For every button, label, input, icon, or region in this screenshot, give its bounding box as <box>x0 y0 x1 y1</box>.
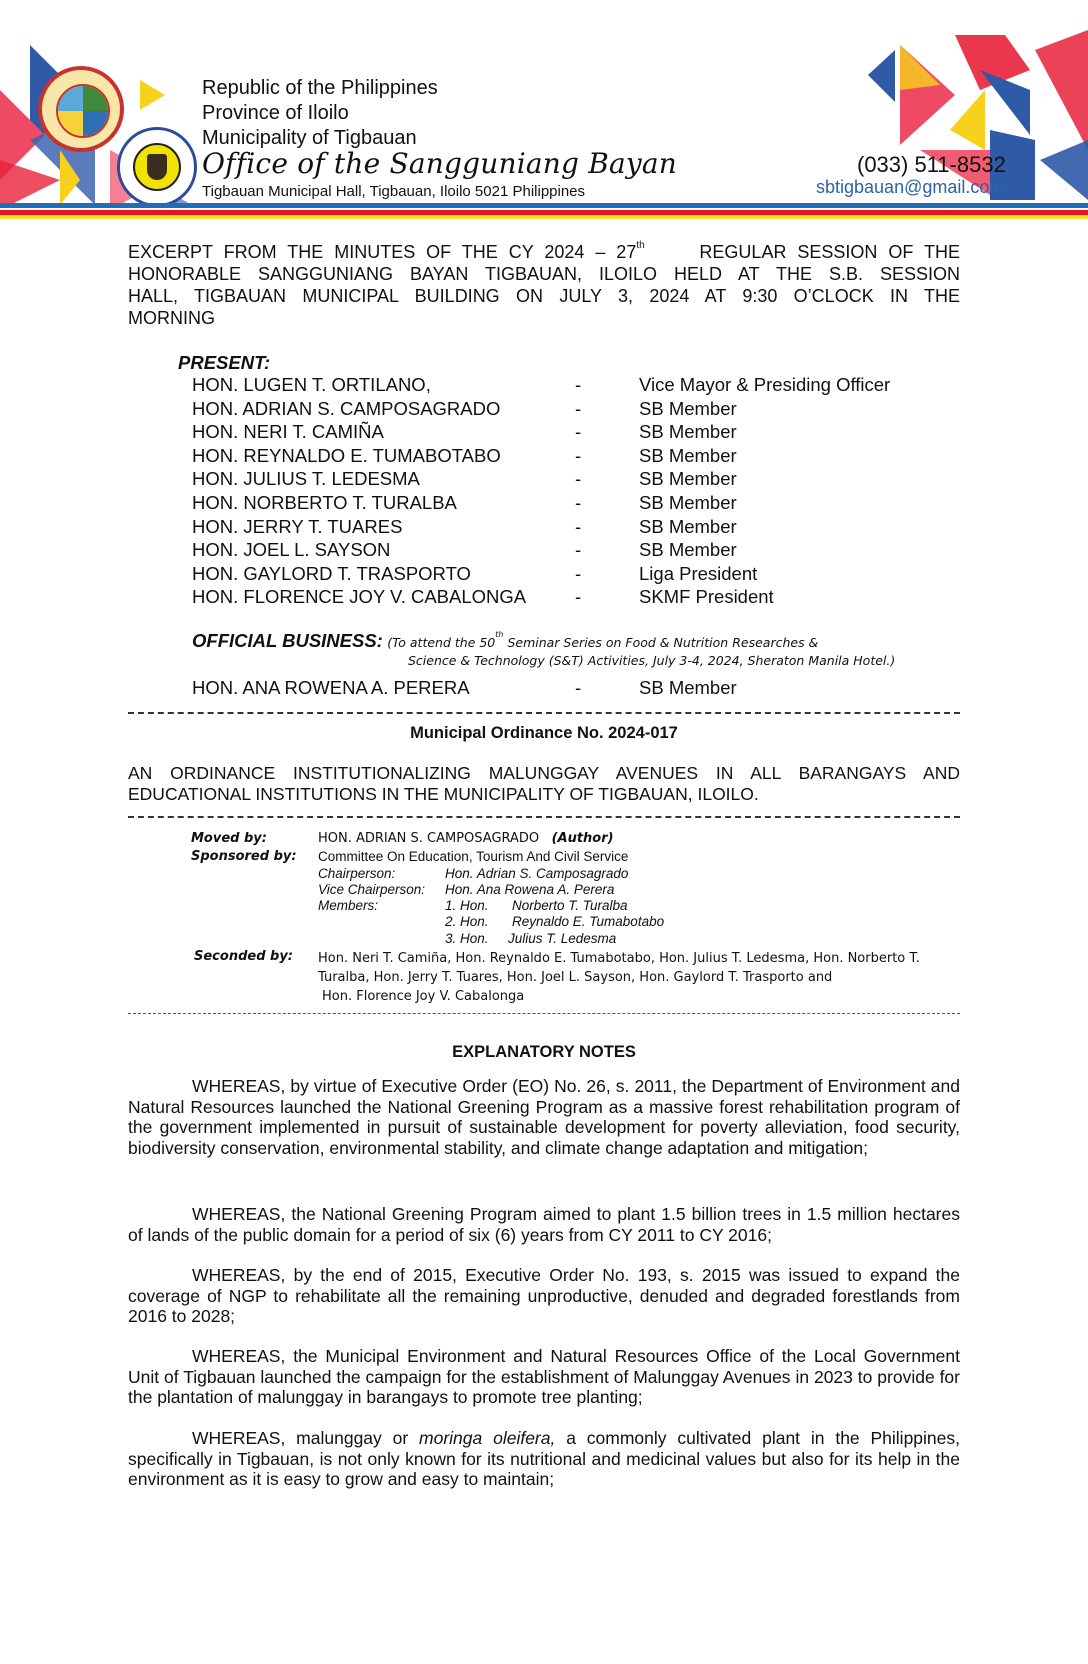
roster-row: HON. ANA ROWENA A. PERERA - SB Member <box>192 676 912 700</box>
official-business-note-line2: Science & Technology (S&T) Activities, J… <box>408 653 895 668</box>
roster-row: HON. NORBERTO T. TURALBA-SB Member <box>192 491 912 515</box>
whereas-paragraph-2: WHEREAS, the National Greening Program a… <box>128 1204 960 1245</box>
roster-name: HON. ADRIAN S. CAMPOSAGRADO <box>192 397 500 421</box>
roster-row: HON. LUGEN T. ORTILANO,-Vice Mayor & Pre… <box>192 373 912 397</box>
roster-dash: - <box>575 373 581 397</box>
sangguniang-bayan-seal-icon <box>117 127 197 207</box>
roster-dash: - <box>575 515 581 539</box>
roster-role: SKMF President <box>639 585 774 609</box>
member-name: Reynaldo E. Tumabotabo <box>512 914 664 931</box>
roster-row: HON. JULIUS T. LEDESMA-SB Member <box>192 467 912 491</box>
roster-row: HON. REYNALDO E. TUMABOTABO-SB Member <box>192 444 912 468</box>
seconded-by-label: Seconded by: <box>194 949 293 966</box>
roster-name: HON. GAYLORD T. TRASPORTO <box>192 562 471 586</box>
email-link[interactable]: sbtigbauan@gmail.com <box>816 177 1004 198</box>
roster-role: SB Member <box>639 420 737 444</box>
whereas-paragraph-4: WHEREAS, the Municipal Environment and N… <box>128 1346 960 1408</box>
chairperson-label: Chairperson: <box>318 866 395 883</box>
present-heading: PRESENT: <box>178 352 270 374</box>
moved-by-value: HON. ADRIAN S. CAMPOSAGRADO (Author) <box>318 831 614 848</box>
yellow-stripe <box>0 215 1088 219</box>
roster-name: HON. JERRY T. TUARES <box>192 515 402 539</box>
chairperson-name: Hon. Adrian S. Camposagrado <box>445 866 628 883</box>
divider <box>128 816 960 818</box>
roster-row: HON. NERI T. CAMIÑA-SB Member <box>192 420 912 444</box>
roster-row: HON. GAYLORD T. TRASPORTO-Liga President <box>192 562 912 586</box>
roster-dash: - <box>575 444 581 468</box>
phone-number: (033) 511-8532 <box>857 152 1006 178</box>
roster-role: Liga President <box>639 562 757 586</box>
roster-name: HON. FLORENCE JOY V. CABALONGA <box>192 585 526 609</box>
roster-dash: - <box>575 585 581 609</box>
municipal-seal-icon <box>38 66 124 152</box>
roster-row: HON. ADRIAN S. CAMPOSAGRADO-SB Member <box>192 397 912 421</box>
roster-dash: - <box>575 562 581 586</box>
republic-line: Republic of the Philippines <box>202 76 438 101</box>
whereas-paragraph-3: WHEREAS, by the end of 2015, Executive O… <box>128 1265 960 1327</box>
members-label: Members: <box>318 898 378 915</box>
roster-role: SB Member <box>639 538 737 562</box>
province-line: Province of Iloilo <box>202 101 438 126</box>
sponsored-by-label: Sponsored by: <box>191 849 297 866</box>
roster-row: HON. FLORENCE JOY V. CABALONGA-SKMF Pres… <box>192 585 912 609</box>
office-address: Tigbauan Municipal Hall, Tigbauan, Iloil… <box>202 183 585 200</box>
sponsoring-committee: Committee On Education, Tourism And Civi… <box>318 849 628 866</box>
vice-chairperson-label: Vice Chairperson: <box>318 882 425 899</box>
roster-role: SB Member <box>639 515 737 539</box>
roster-role: SB Member <box>639 397 737 421</box>
roster-role: SB Member <box>639 467 737 491</box>
ordinance-number: Municipal Ordinance No. 2024-017 <box>128 724 960 743</box>
member-num: 2. Hon. <box>445 914 489 931</box>
official-business-note: (To attend the 50th Seminar Series on Fo… <box>387 635 818 650</box>
moved-by-label: Moved by: <box>191 831 267 848</box>
whereas-paragraph-5: WHEREAS, malunggay or moringa oleifera, … <box>128 1428 960 1490</box>
roster-name: HON. NERI T. CAMIÑA <box>192 420 384 444</box>
excerpt-heading: EXCERPT FROM THE MINUTES OF THE CY 2024 … <box>128 241 960 329</box>
roster-dash: - <box>575 397 581 421</box>
roster-name: HON. JULIUS T. LEDESMA <box>192 467 420 491</box>
office-title: Office of the Sangguniang Bayan <box>202 148 677 180</box>
divider <box>128 712 960 714</box>
letterhead: Republic of the Philippines Province of … <box>0 0 1088 225</box>
roster-name: HON. LUGEN T. ORTILANO, <box>192 373 431 397</box>
roster-row: HON. JERRY T. TUARES-SB Member <box>192 515 912 539</box>
member-num: 1. Hon. <box>445 898 489 915</box>
roster-dash: - <box>575 420 581 444</box>
member-name: Julius T. Ledesma <box>508 931 616 948</box>
roster-name: HON. JOEL L. SAYSON <box>192 538 390 562</box>
roster-name: HON. NORBERTO T. TURALBA <box>192 491 457 515</box>
seconded-by-value: Hon. Neri T. Camiña, Hon. Reynaldo E. Tu… <box>318 949 920 1006</box>
roster-name: HON. REYNALDO E. TUMABOTABO <box>192 444 501 468</box>
official-business-label: OFFICIAL BUSINESS: <box>192 630 383 651</box>
roster-dash: - <box>575 467 581 491</box>
roster-dash: - <box>575 491 581 515</box>
roster-role: SB Member <box>639 491 737 515</box>
member-num: 3. Hon. <box>445 931 489 948</box>
vice-chairperson-name: Hon. Ana Rowena A. Perera <box>445 882 614 899</box>
ordinance-title: AN ORDINANCE INSTITUTIONALIZING MALUNGGA… <box>128 763 960 804</box>
official-business-roster: HON. ANA ROWENA A. PERERA - SB Member <box>192 676 912 700</box>
member-name: Norberto T. Turalba <box>512 898 628 915</box>
roster-row: HON. JOEL L. SAYSON-SB Member <box>192 538 912 562</box>
present-roster: HON. LUGEN T. ORTILANO,-Vice Mayor & Pre… <box>192 373 912 609</box>
roster-dash: - <box>575 538 581 562</box>
divider <box>128 1013 960 1014</box>
explanatory-notes-title: EXPLANATORY NOTES <box>128 1043 960 1062</box>
whereas-paragraph-1: WHEREAS, by virtue of Executive Order (E… <box>128 1076 960 1158</box>
roster-role: Vice Mayor & Presiding Officer <box>639 373 890 397</box>
roster-role: SB Member <box>639 444 737 468</box>
official-business: OFFICIAL BUSINESS: (To attend the 50th S… <box>192 630 818 652</box>
